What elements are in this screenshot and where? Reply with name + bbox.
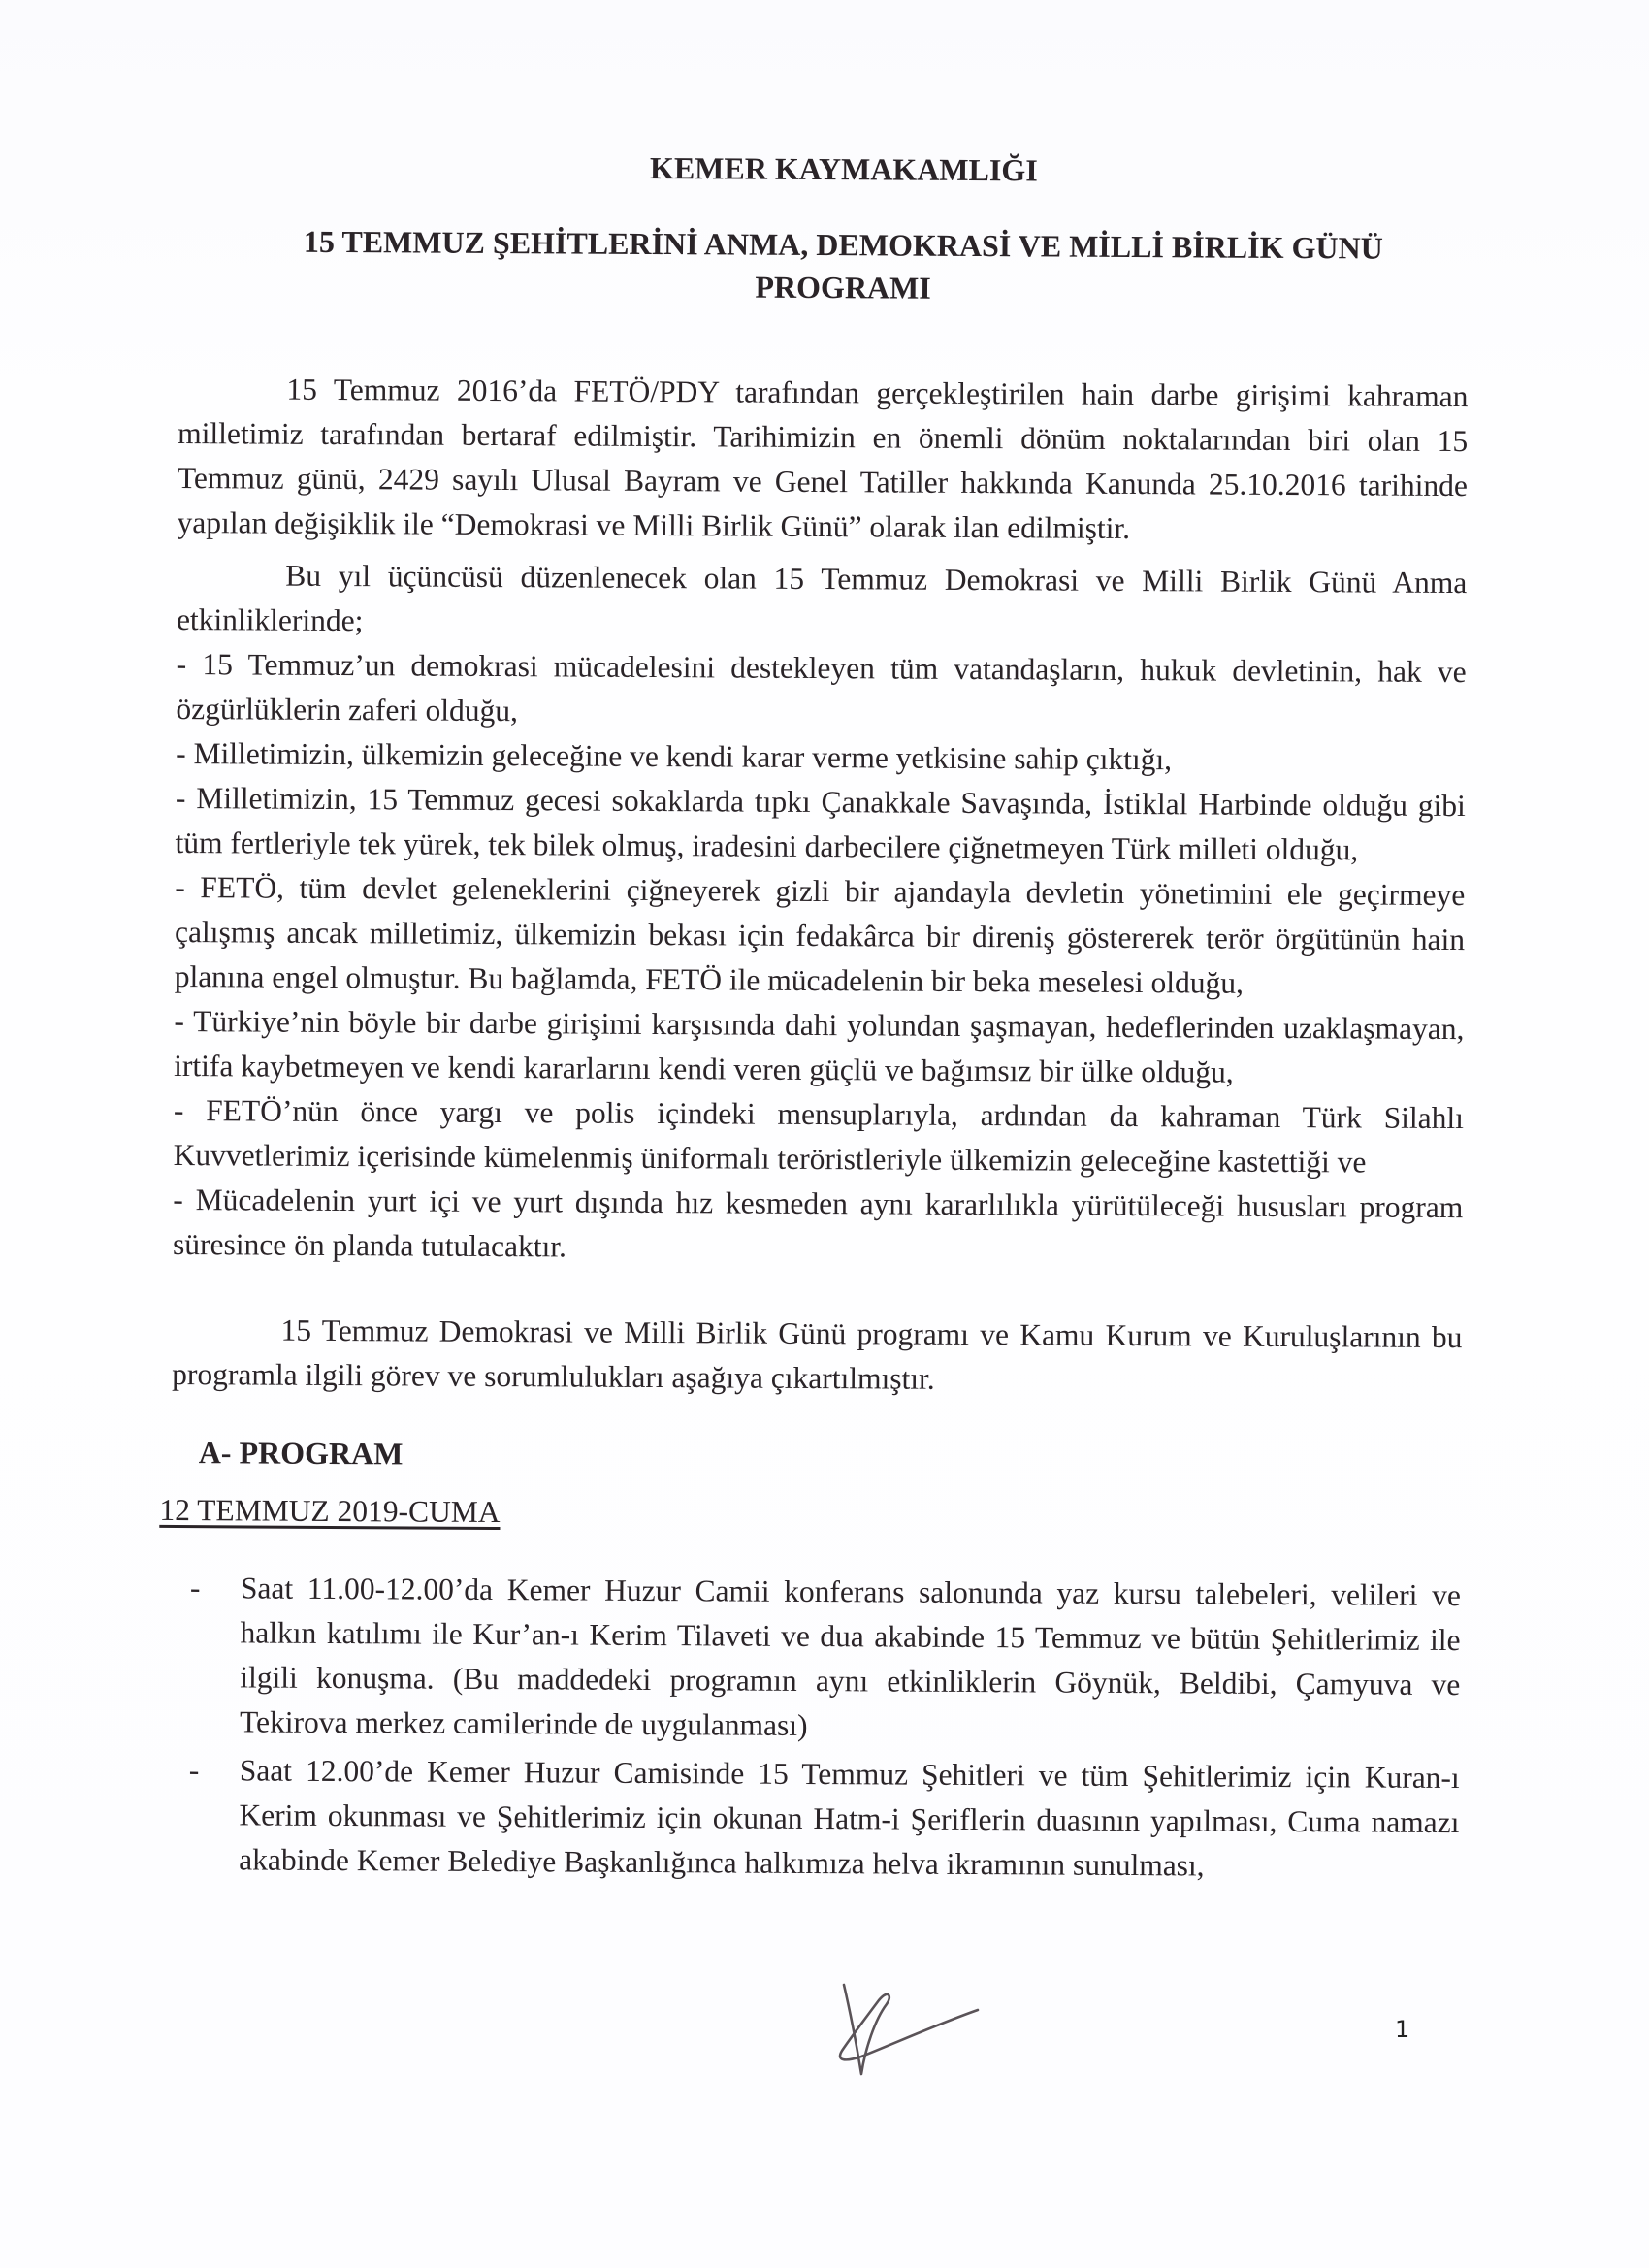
program-item-text: Saat 11.00-12.00’da Kemer Huzur Camii ko… [240,1571,1461,1742]
list-marker: - [189,1748,200,1793]
list-marker: - [190,1566,201,1610]
point-item: - FETÖ’nün önce yargı ve polis içindeki … [173,1088,1464,1185]
org-title: KEMER KAYMAKAMLIĞI [218,144,1470,194]
point-item: - FETÖ, tüm devlet geleneklerini çiğneye… [175,865,1466,1007]
closing-paragraph: 15 Temmuz Demokrasi ve Milli Birlik Günü… [172,1308,1463,1405]
point-item: - Milletimizin, 15 Temmuz gecesi sokakla… [175,776,1466,873]
point-item: - Milletimizin, ülkemizin geleceğine ve … [176,731,1466,784]
program-item-text: Saat 12.00’de Kemer Huzur Camisinde 15 T… [239,1753,1460,1882]
document-body: KEMER KAYMAKAMLIĞI 15 TEMMUZ ŞEHİTLERİNİ… [169,144,1470,1894]
point-item: - Mücadelenin yurt içi ve yurt dışında h… [173,1178,1464,1275]
document-subtitle: PROGRAMI [217,262,1469,312]
program-item: - Saat 12.00’de Kemer Huzur Camisinde 15… [169,1748,1460,1890]
signature-icon [823,1981,1017,2078]
date-heading: 12 TEMMUZ 2019-CUMA [159,1488,1461,1540]
program-item: - Saat 11.00-12.00’da Kemer Huzur Camii … [170,1566,1461,1752]
point-item: - 15 Temmuz’un demokrasi mücadelesini de… [176,642,1467,739]
point-item: - Türkiye’nin böyle bir darbe girişimi k… [174,999,1465,1096]
section-a-heading: A- PROGRAM [199,1430,1462,1482]
document-page: KEMER KAYMAKAMLIĞI 15 TEMMUZ ŞEHİTLERİNİ… [0,0,1649,2268]
document-title: 15 TEMMUZ ŞEHİTLERİNİ ANMA, DEMOKRASİ VE… [217,219,1469,270]
second-paragraph: Bu yıl üçüncüsü düzenlenecek olan 15 Tem… [177,553,1468,650]
program-list: - Saat 11.00-12.00’da Kemer Huzur Camii … [169,1566,1461,1890]
intro-paragraph: 15 Temmuz 2016’da FETÖ/PDY tarafından ge… [177,367,1468,553]
page-number: 1 [1395,2016,1409,2043]
